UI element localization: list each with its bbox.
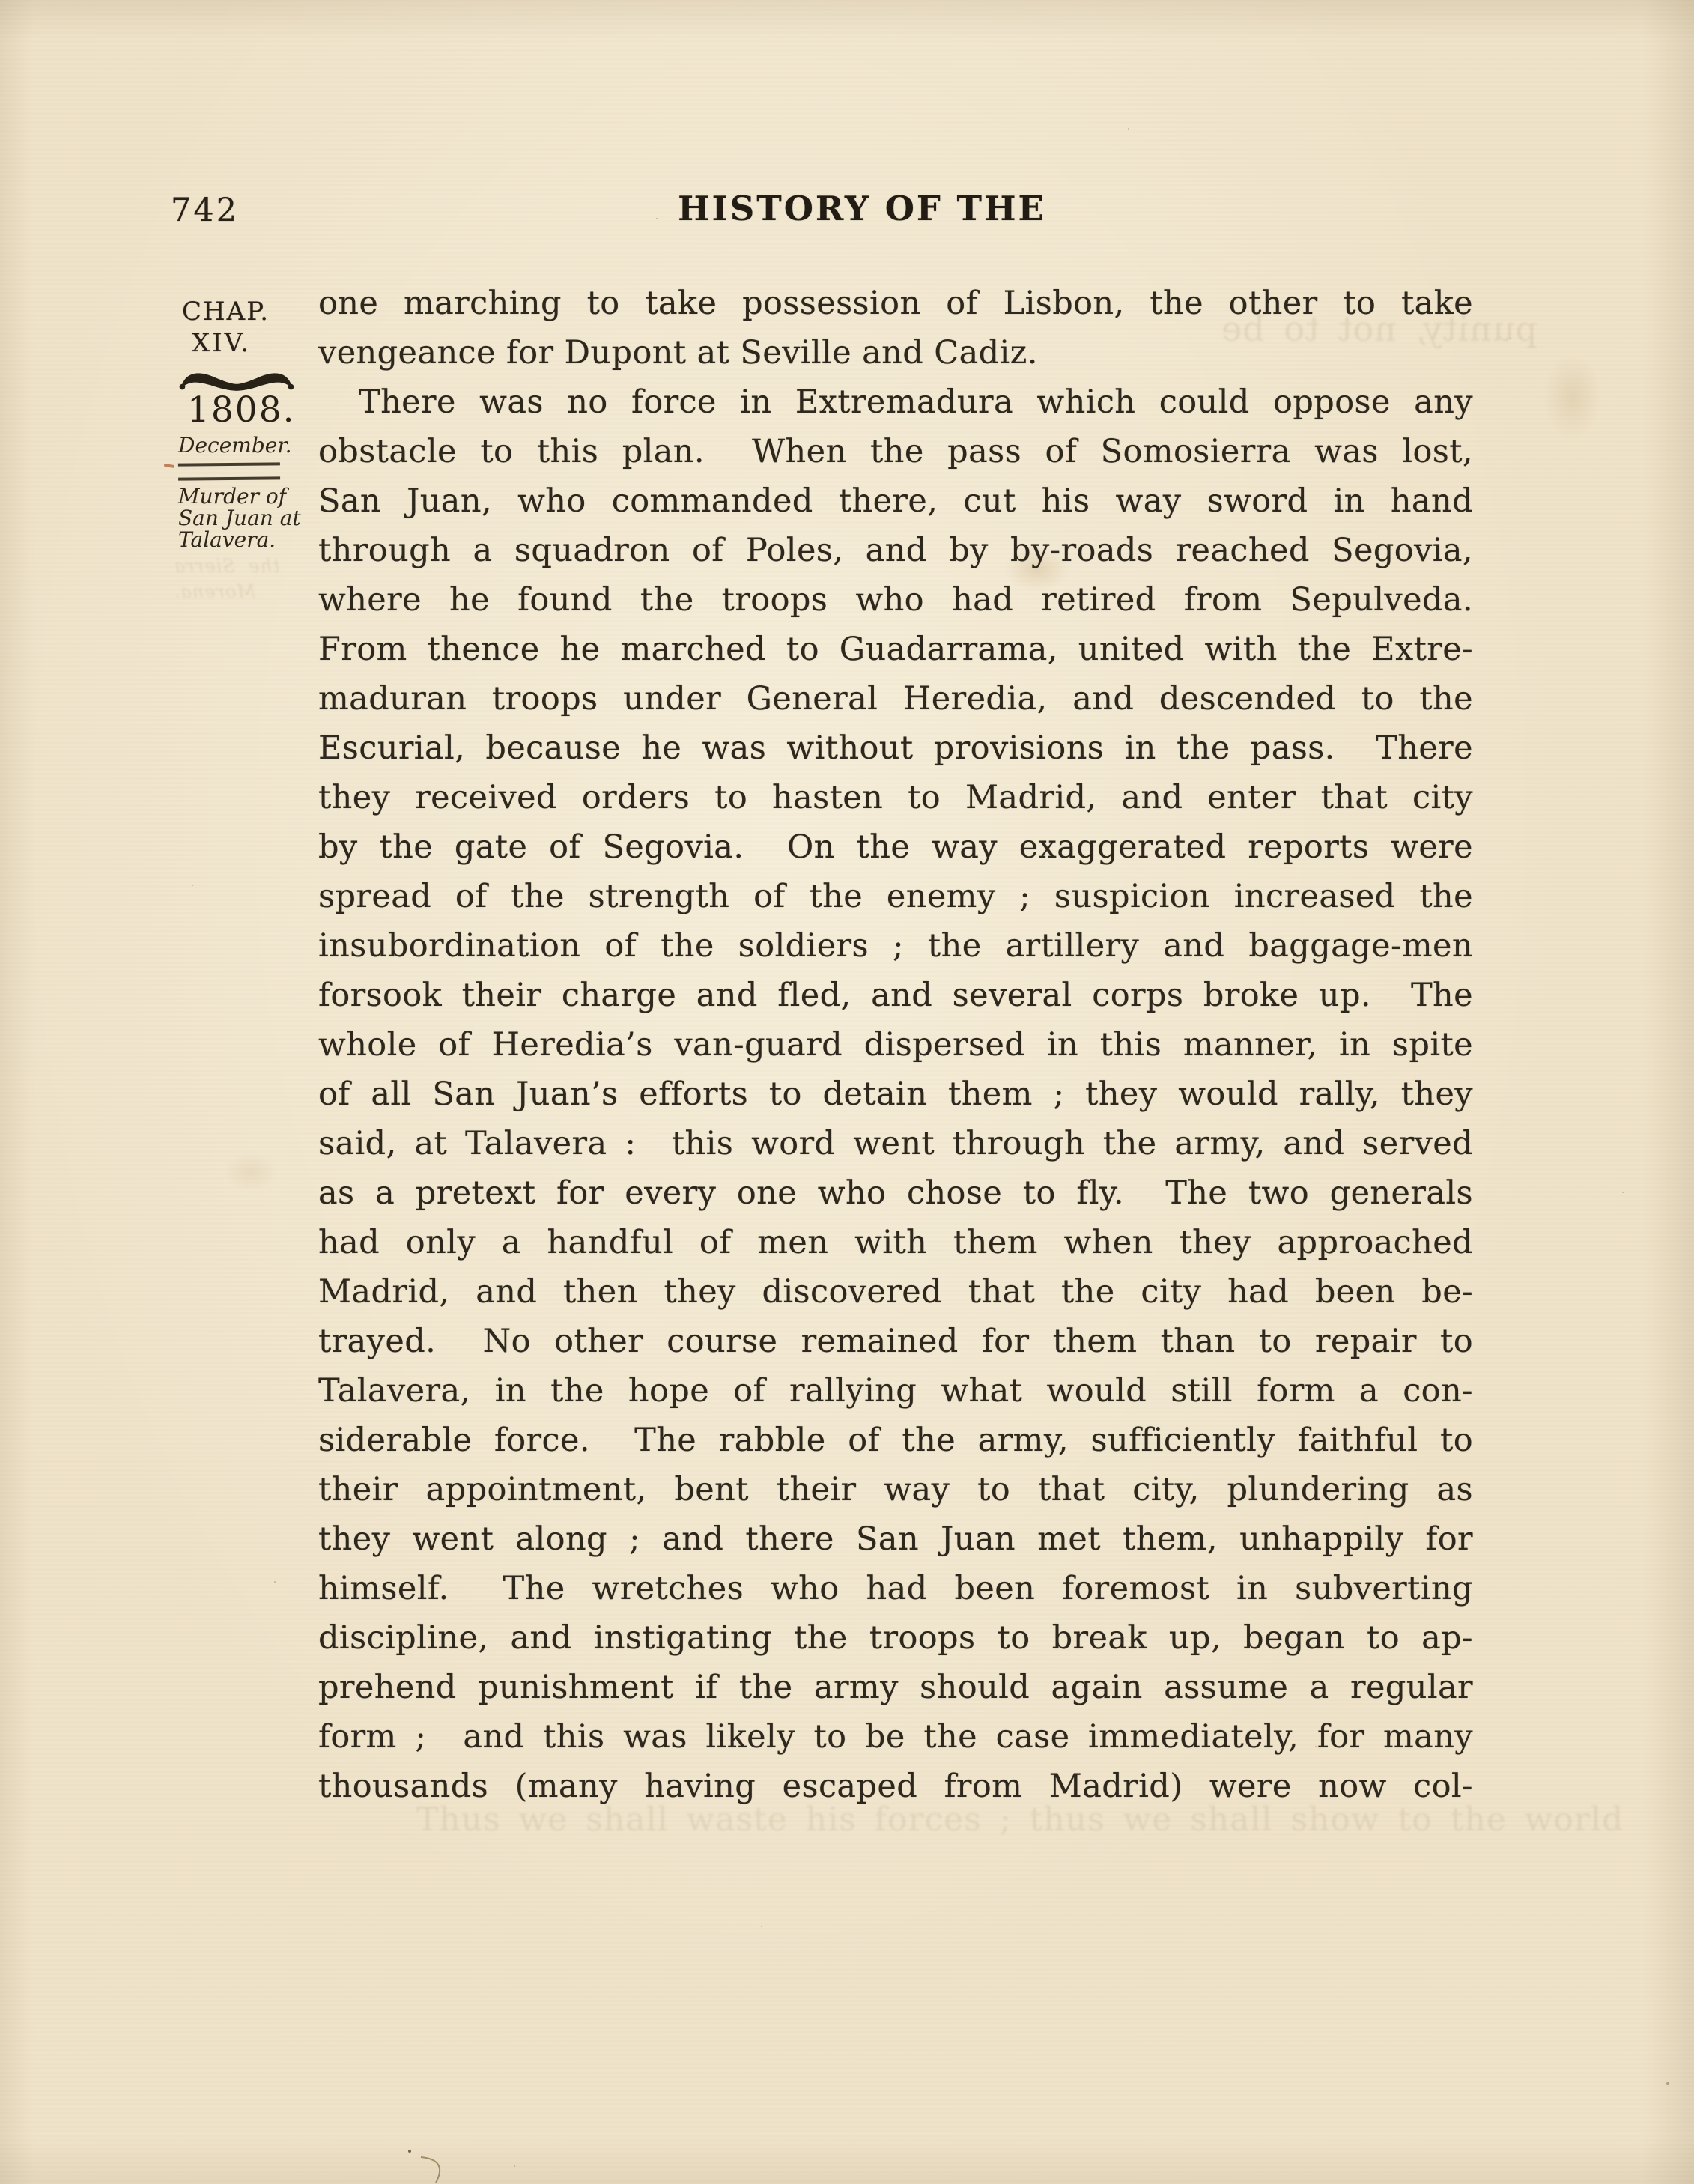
paper-stain (225, 1153, 277, 1191)
body-line: forsook their charge and fled, and sever… (318, 971, 1473, 1020)
body-line: form ; and this was likely to be the cas… (318, 1712, 1473, 1762)
book-page: 742 HISTORY OF THE CHAP. XIV. 1808. Dece… (0, 0, 1694, 2184)
margin-side-note-line: San Juan at (178, 507, 301, 529)
body-line: they received orders to hasten to Madrid… (318, 773, 1473, 822)
body-line: siderable force. The rabble of the army,… (318, 1416, 1473, 1465)
body-line: whole of Heredia’s van-guard dispersed i… (318, 1020, 1473, 1070)
margin-side-note: Murder of San Juan at Talavera. (178, 485, 301, 550)
body-line: of all San Juan’s efforts to detain them… (318, 1070, 1473, 1119)
body-line: prehend punishment if the army should ag… (318, 1663, 1473, 1712)
body-line: obstacle to this plan. When the pass of … (318, 427, 1473, 476)
double-rule (178, 462, 280, 480)
red-pencil-mark (164, 464, 174, 468)
body-line: maduran troops under General Heredia, an… (318, 674, 1473, 724)
margin-side-note-line: Talavera. (178, 529, 301, 550)
running-head: HISTORY OF THE (285, 189, 1439, 228)
bleedthrough-text: the Sierra (174, 556, 280, 577)
body-line: Escurial, because he was without provisi… (318, 724, 1473, 773)
margin-month: December. (178, 433, 292, 458)
body-line: said, at Talavera : this word went throu… (318, 1119, 1473, 1168)
body-line: as a pretext for every one who chose to … (318, 1168, 1473, 1218)
body-line: discipline, and instigating the troops t… (318, 1613, 1473, 1663)
paper-fiber-icon (410, 2154, 463, 2184)
body-line: they went along ; and there San Juan met… (318, 1514, 1473, 1564)
body-line: by the gate of Segovia. On the way exagg… (318, 822, 1473, 872)
margin-year: 1808. (187, 389, 296, 431)
paper-speck (408, 2150, 411, 2153)
bleedthrough-text: Morena. (174, 581, 255, 602)
bleedthrough-text: punity, not to be (1221, 309, 1537, 349)
paper-stain (1543, 352, 1603, 442)
body-line: himself. The wretches who had been forem… (318, 1564, 1473, 1613)
body-line: spread of the strength of the enemy ; su… (318, 872, 1473, 921)
body-line: trayed. No other course remained for the… (318, 1317, 1473, 1366)
body-line: where he found the troops who had retire… (318, 575, 1473, 625)
body-line: There was no force in Extremadura which … (318, 377, 1473, 427)
body-line: insubordination of the soldiers ; the ar… (318, 921, 1473, 971)
body-line: From thence he marched to Guadarrama, un… (318, 625, 1473, 674)
body-line: their appointment, bent their way to tha… (318, 1465, 1473, 1514)
body-line: had only a handful of men with them when… (318, 1218, 1473, 1267)
body-line: San Juan, who commanded there, cut his w… (318, 476, 1473, 526)
body-line: Madrid, and then they discovered that th… (318, 1267, 1473, 1317)
body-line: through a squadron of Poles, and by by-r… (318, 526, 1473, 575)
page-number: 742 (171, 192, 239, 229)
bleedthrough-text: Thus we shall waste his forces ; thus we… (416, 1801, 1624, 1839)
margin-side-note-line: Murder of (178, 485, 301, 507)
body-text-column: one marching to take possession of Lisbo… (318, 279, 1473, 1811)
body-line: Talavera, in the hope of rallying what w… (318, 1366, 1473, 1416)
chapter-label: CHAP. (182, 297, 270, 327)
chapter-number: XIV. (192, 328, 251, 358)
